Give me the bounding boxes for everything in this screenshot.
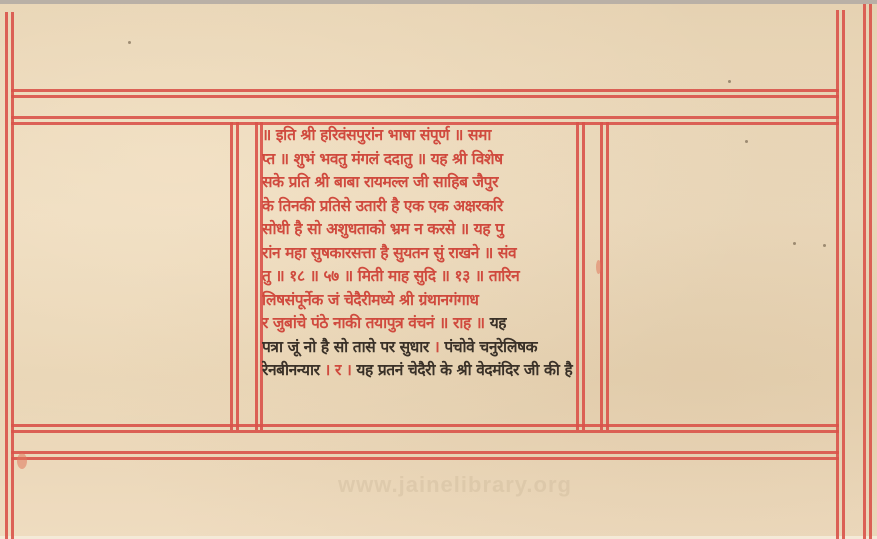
- ruling-right-b: [842, 10, 845, 539]
- text-line-9-red: र जुबांचे पंठे नाकी तयापुत्र वंचनं ॥ राह…: [262, 314, 485, 332]
- ruling-top-2: [11, 95, 839, 98]
- panel-rule-left-1: [230, 122, 233, 430]
- ruling-bottom-2: [11, 430, 839, 433]
- text-line-3: सके प्रति श्री बाबा रायमल्ल जी साहिब जैप…: [262, 171, 576, 195]
- ruling-right-d: [869, 4, 872, 539]
- panel-rule-left-3: [255, 122, 258, 430]
- ink-stain: [596, 260, 601, 274]
- text-line-9: र जुबांचे पंठे नाकी तयापुत्र वंचनं ॥ राह…: [262, 312, 576, 336]
- ruling-left-outer: [5, 12, 8, 539]
- text-line-6: रांन महा सुषकारसत्ता है सुयतन सुं राखने …: [262, 242, 576, 266]
- panel-rule-right-4: [606, 122, 609, 430]
- ink-stain: [17, 453, 27, 469]
- text-line-2: प्त ॥ शुभं भवतु मंगलं ददातु ॥ यह श्री वि…: [262, 148, 576, 172]
- paper-speck: [745, 140, 748, 143]
- watermark: www.jainelibrary.org: [300, 472, 610, 498]
- panel-rule-left-2: [236, 122, 239, 430]
- paper-speck: [728, 80, 731, 83]
- text-line-10-red-mark: ।: [434, 338, 439, 356]
- paper-speck: [128, 41, 131, 44]
- panel-rule-right-1: [576, 122, 579, 430]
- text-line-8: लिषसंपूर्नेक जं चेदैरीमध्ये श्री ग्रंथान…: [262, 289, 576, 313]
- panel-rule-right-2: [582, 122, 585, 430]
- panel-rule-right-3: [600, 122, 603, 430]
- ruling-right-c: [863, 4, 866, 539]
- text-line-5: सोधी है सो अशुधताको भ्रम न करसे ॥ यह पु: [262, 218, 576, 242]
- scan-top-edge: [0, 0, 877, 4]
- text-line-10: पत्रा जूं नो है सो तासे पर सुधार । पंचोव…: [262, 336, 576, 360]
- text-line-11-black-2: यह प्रतनं चेदैरी के श्री वेदमंदिर जी की …: [356, 361, 572, 379]
- text-line-11-red-mark: । र ।: [325, 361, 352, 379]
- ruling-bottom-4: [11, 457, 839, 460]
- ruling-top-1: [11, 89, 839, 92]
- text-line-1: ॥ इति श्री हरिवंसपुरांन भाषा संपूर्ण ॥ स…: [262, 124, 576, 148]
- text-line-10-black-1: पत्रा जूं नो है सो तासे पर सुधार: [262, 338, 429, 356]
- manuscript-text-block: ॥ इति श्री हरिवंसपुरांन भाषा संपूर्ण ॥ स…: [262, 124, 576, 426]
- manuscript-page: ॥ इति श्री हरिवंसपुरांन भाषा संपूर्ण ॥ स…: [0, 0, 877, 539]
- text-line-4: के तिनकी प्रतिसे उतारी है एक एक अक्षरकरि: [262, 195, 576, 219]
- paper-speck: [793, 242, 796, 245]
- text-line-11: रेनबीनन्यार । र । यह प्रतनं चेदैरी के श्…: [262, 359, 576, 383]
- paper-speck: [823, 244, 826, 247]
- text-line-9-black-tail: यह: [490, 314, 506, 332]
- text-line-11-black-1: रेनबीनन्यार: [262, 361, 320, 379]
- text-line-10-black-2: पंचोवे चनुरेलिषक: [444, 338, 537, 356]
- ruling-bottom-3: [11, 451, 839, 454]
- ruling-top-3: [11, 116, 839, 119]
- text-line-7: तु ॥ १८ ॥ ५७ ॥ मिती माह सुदि ॥ १३ ॥ तारि…: [262, 265, 576, 289]
